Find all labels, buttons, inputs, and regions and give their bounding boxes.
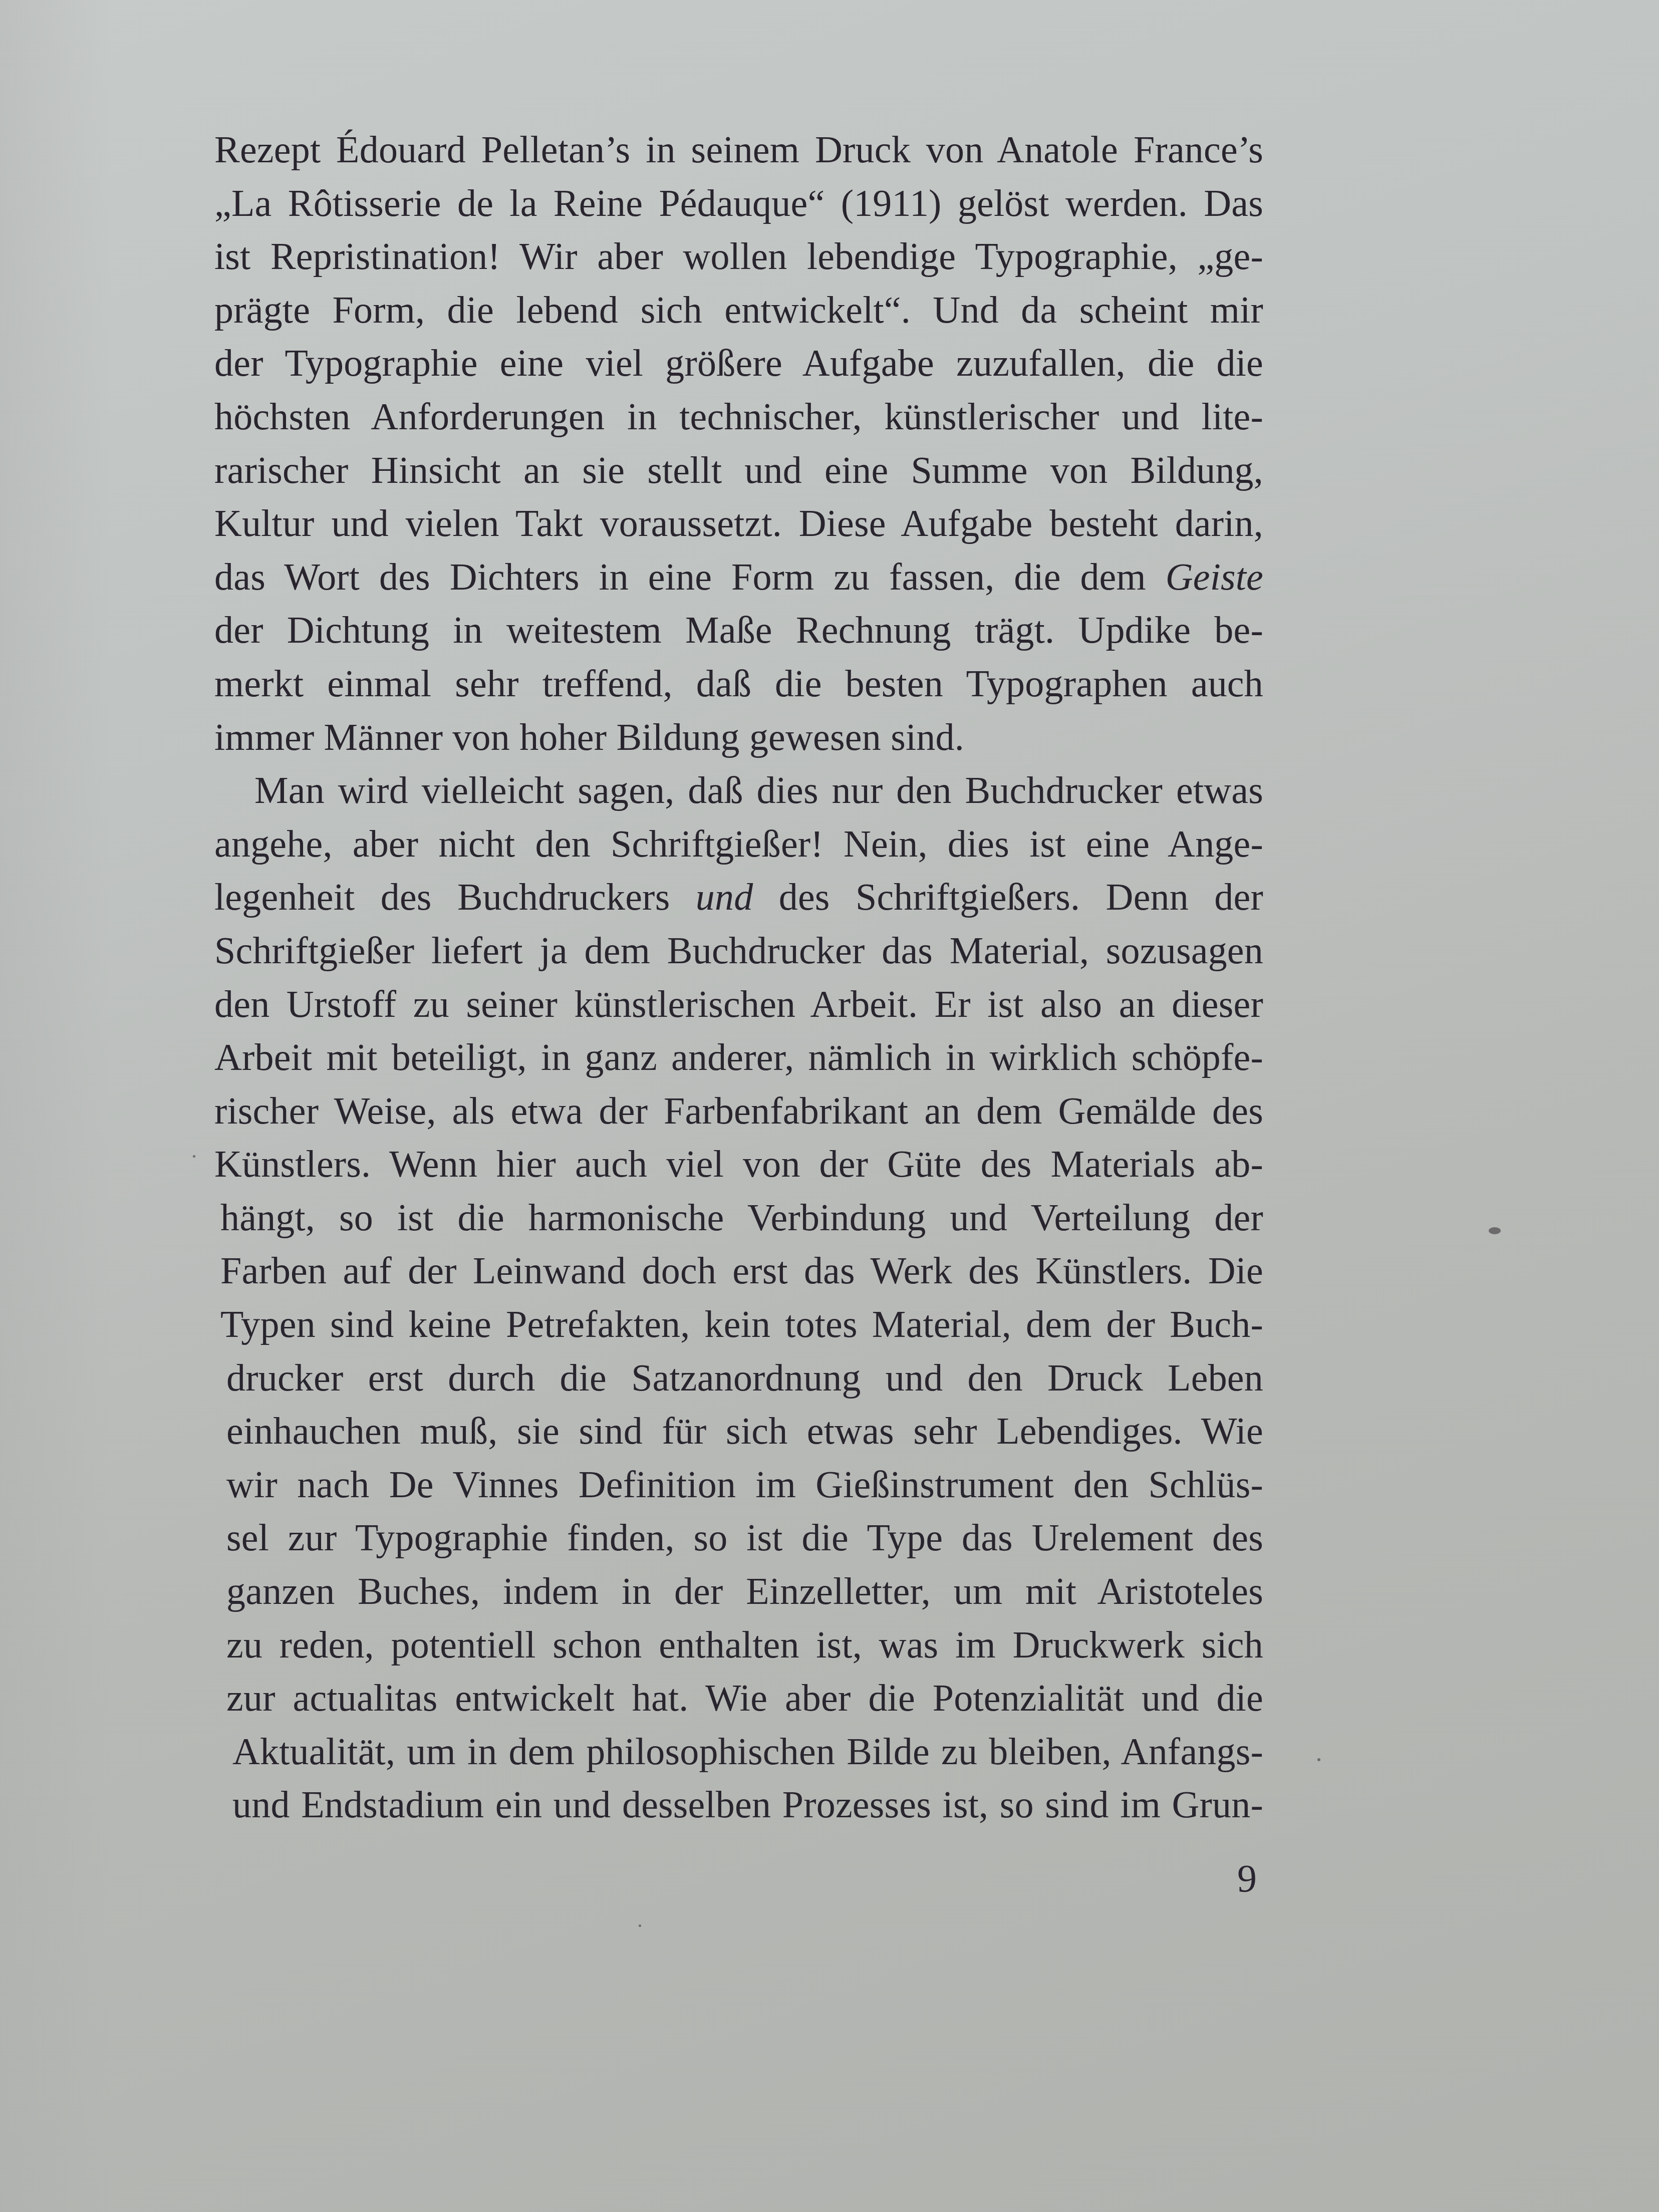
text-line: und Endstadium ein und desselben Prozess… bbox=[214, 1778, 1263, 1832]
text-line: Kultur und vielen Takt voraussetzt. Dies… bbox=[214, 497, 1263, 550]
text-line: Typen sind keine Petrefakten, kein totes… bbox=[214, 1298, 1263, 1351]
paper-speck bbox=[193, 1155, 195, 1158]
text-line: rarischer Hinsicht an sie stellt und ein… bbox=[214, 444, 1263, 497]
text-line: legenheit des Buchdruckers und des Schri… bbox=[214, 871, 1263, 924]
text-line: rischer Weise, als etwa der Farbenfabrik… bbox=[214, 1084, 1263, 1138]
page-number: 9 bbox=[1237, 1853, 1257, 1903]
text-line: hängt, so ist die harmonische Verbindung… bbox=[214, 1191, 1263, 1245]
text-line: das Wort des Dichters in eine Form zu fa… bbox=[214, 550, 1263, 604]
text-line: Schriftgießer liefert ja dem Buchdrucker… bbox=[214, 924, 1263, 978]
text-line: immer Männer von hoher Bildung gewesen s… bbox=[214, 711, 1263, 764]
text-line: „La Rôtisserie de la Reine Pédauque“ (19… bbox=[214, 177, 1263, 230]
text-line: prägte Form, die lebend sich entwickelt“… bbox=[214, 284, 1263, 337]
text-line: Künstlers. Wenn hier auch viel von der G… bbox=[214, 1138, 1263, 1191]
text-line: Rezept Édouard Pelletan’s in seinem Druc… bbox=[214, 123, 1263, 177]
text-line: höchsten Anforderungen in technischer, k… bbox=[214, 390, 1263, 444]
italic-emphasis: und bbox=[696, 876, 753, 918]
text-line: wir nach De Vinnes Definition im Gießins… bbox=[214, 1458, 1263, 1512]
text-run: des Schriftgießers. Denn der bbox=[753, 876, 1263, 918]
text-line: ist Repristination! Wir aber wollen lebe… bbox=[214, 230, 1263, 284]
text-line: einhauchen muß, sie sind für sich etwas … bbox=[214, 1405, 1263, 1458]
text-line: Man wird vielleicht sagen, daß dies nur … bbox=[214, 764, 1263, 817]
text-line: Arbeit mit beteiligt, in ganz anderer, n… bbox=[214, 1031, 1263, 1084]
text-line: sel zur Typographie finden, so ist die T… bbox=[214, 1511, 1263, 1565]
body-text: Rezept Édouard Pelletan’s in seinem Druc… bbox=[214, 123, 1263, 1832]
text-line: merkt einmal sehr treffend, daß die best… bbox=[214, 657, 1263, 711]
text-line: der Typographie eine viel größere Aufgab… bbox=[214, 337, 1263, 390]
book-page: Rezept Édouard Pelletan’s in seinem Druc… bbox=[0, 0, 1659, 2212]
text-line: drucker erst durch die Satzanordnung und… bbox=[214, 1351, 1263, 1405]
text-line: zur actualitas entwickelt hat. Wie aber … bbox=[214, 1672, 1263, 1725]
text-line: den Urstoff zu seiner künstlerischen Arb… bbox=[214, 978, 1263, 1031]
text-line: Aktualität, um in dem philosophischen Bi… bbox=[214, 1725, 1263, 1779]
text-line: der Dichtung in weitestem Maße Rechnung … bbox=[214, 604, 1263, 657]
paper-speck bbox=[1489, 1227, 1501, 1234]
italic-emphasis: Geiste bbox=[1166, 556, 1263, 598]
page-shadow bbox=[0, 0, 110, 2212]
text-line: Farben auf der Leinwand doch erst das We… bbox=[214, 1244, 1263, 1298]
paper-speck bbox=[1317, 1758, 1320, 1761]
text-line: angehe, aber nicht den Schriftgießer! Ne… bbox=[214, 817, 1263, 871]
text-line: zu reden, potentiell schon enthalten ist… bbox=[214, 1618, 1263, 1672]
paper-speck bbox=[639, 1924, 641, 1927]
text-line: ganzen Buches, indem in der Einzelletter… bbox=[214, 1565, 1263, 1618]
text-run: das Wort des Dichters in eine Form zu fa… bbox=[214, 556, 1166, 598]
text-run: legenheit des Buchdruckers bbox=[214, 876, 696, 918]
